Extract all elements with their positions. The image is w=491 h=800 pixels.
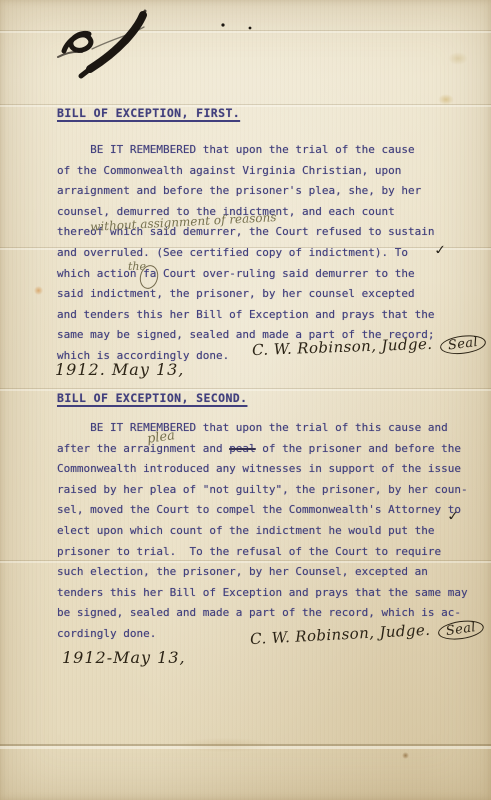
typed-text-line: said indictment, the prisoner, by her co… — [57, 284, 435, 305]
stain — [448, 52, 468, 65]
bill2-heading: BILL OF EXCEPTION, SECOND. — [57, 391, 247, 405]
typed-text-line: BE IT REMEMBERED that upon the trial of … — [57, 418, 468, 439]
typed-text-line: and tenders this her Bill of Exception a… — [57, 305, 435, 326]
typed-text-line: raised by her plea of "not guilty", the … — [57, 480, 468, 501]
handwritten-date: 1912. May 13, — [55, 360, 184, 379]
typed-text-line: after the arraignment and peal of the pr… — [57, 439, 468, 460]
typed-text-line: Commonwealth introduced any witnesses in… — [57, 459, 468, 480]
crease-line — [0, 30, 491, 33]
stain — [402, 752, 409, 759]
pencil-note-the: the — [128, 260, 146, 273]
typed-text-line: arraignment and before the prisoner's pl… — [57, 181, 435, 202]
seal-oval: Seal — [437, 618, 485, 642]
seal-oval: Seal — [440, 333, 488, 356]
crease-line — [0, 744, 491, 749]
bill1-paragraph: BE IT REMEMBERED that upon the trial of … — [57, 140, 435, 367]
checkmark: ✓ — [447, 507, 460, 524]
typed-text-line: such election, the prisoner, by her Coun… — [57, 562, 468, 583]
stain — [180, 738, 270, 752]
document-sheet: BILL OF EXCEPTION, FIRST. BE IT REMEMBER… — [0, 0, 491, 800]
stain — [438, 94, 454, 105]
handwritten-date: 1912-May 13, — [62, 648, 186, 667]
stain — [34, 286, 43, 295]
typed-text-line: BE IT REMEMBERED that upon the trial of … — [57, 140, 435, 161]
typed-text-line: which action fa Court over-ruling said d… — [57, 264, 435, 285]
typed-text-line: tenders this her Bill of Exception and p… — [57, 583, 468, 604]
bill2-paragraph: BE IT REMEMBERED that upon the trial of … — [57, 418, 468, 645]
typed-text-line: of the Commonwealth against Virginia Chr… — [57, 161, 435, 182]
typed-text-line: prisoner to trial. To the refusal of the… — [57, 542, 468, 563]
bill1-heading: BILL OF EXCEPTION, FIRST. — [57, 106, 240, 120]
typed-text-line: and overruled. (See certified copy of in… — [57, 243, 435, 264]
typed-text-line: elect upon which count of the indictment… — [57, 521, 468, 542]
checkmark: ✓ — [434, 241, 447, 258]
typed-text-line: sel, moved the Court to compel the Commo… — [57, 500, 468, 521]
ink-scribble — [50, 5, 270, 95]
typed-text-line: be signed, sealed and made a part of the… — [57, 603, 468, 624]
